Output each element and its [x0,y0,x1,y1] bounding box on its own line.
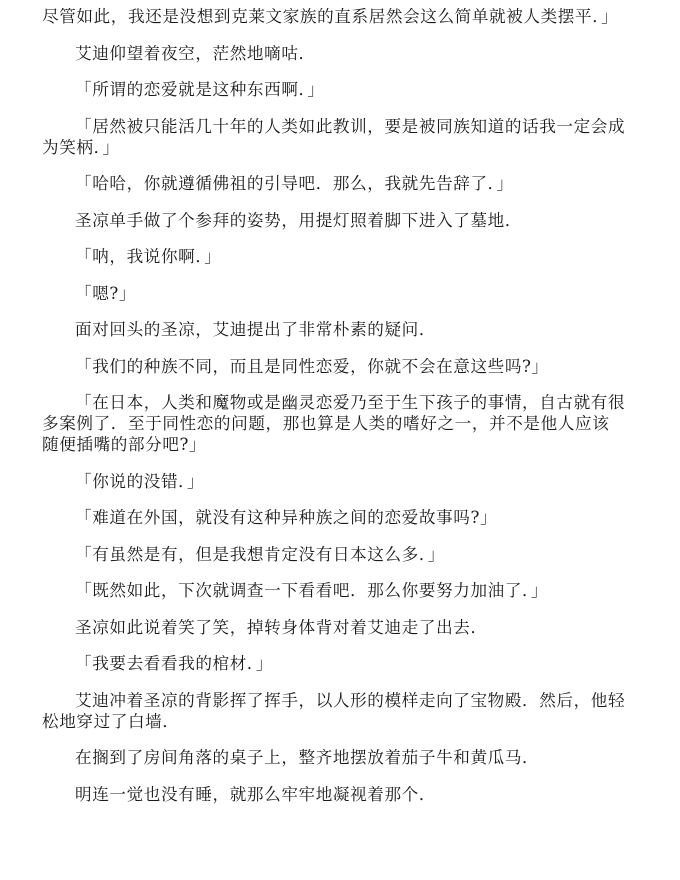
paragraph-16: 圣凉如此说着笑了笑，掉转身体背对着艾迪走了出去． [42,617,626,638]
paragraph-2: 艾迪仰望着夜空，茫然地嘀咕． [42,43,626,64]
paragraph-4: 「居然被只能活几十年的人类如此教训，要是被同族知道的话我一定会成为笑柄．」 [42,116,626,158]
paragraph-9: 面对回头的圣凉，艾迪提出了非常朴素的疑问． [42,319,626,340]
paragraph-12: 「你说的没错．」 [42,471,626,492]
paragraph-6: 圣凉单手做了个参拜的姿势，用提灯照着脚下进入了墓地． [42,210,626,231]
paragraph-19: 在搁到了房间角落的桌子上，整齐地摆放着茄子牛和黄瓜马． [42,747,626,768]
paragraph-1: 尽管如此，我还是没想到克莱文家族的直系居然会这么简单就被人类摆平．」 [42,6,626,27]
paragraph-8: 「嗯?」 [42,283,626,304]
paragraph-10: 「我们的种族不同，而且是同性恋爱，你就不会在意这些吗?」 [42,356,626,377]
paragraph-14: 「有虽然是有，但是我想肯定没有日本这么多．」 [42,544,626,565]
paragraph-15: 「既然如此，下次就调查一下看看吧．那么你要努力加油了．」 [42,580,626,601]
paragraph-17: 「我要去看看我的棺材．」 [42,653,626,674]
paragraph-20: 明连一觉也没有睡，就那么牢牢地凝视着那个． [42,784,626,805]
paragraph-5: 「哈哈，你就遵循佛祖的引导吧．那么，我就先告辞了．」 [42,173,626,194]
paragraph-3: 「所谓的恋爱就是这种东西啊．」 [42,79,626,100]
document-page: 尽管如此，我还是没想到克莱文家族的直系居然会这么简单就被人类摆平．」 艾迪仰望着… [42,6,626,820]
paragraph-18: 艾迪冲着圣凉的背影挥了挥手，以人形的模样走向了宝物殿．然后，他轻松地穿过了白墙． [42,690,626,732]
paragraph-13: 「难道在外国，就没有这种异种族之间的恋爱故事吗?」 [42,507,626,528]
paragraph-11: 「在日本，人类和魔物或是幽灵恋爱乃至于生下孩子的事情，自古就有很多案例了．至于同… [42,392,626,455]
paragraph-7: 「呐，我说你啊．」 [42,246,626,267]
